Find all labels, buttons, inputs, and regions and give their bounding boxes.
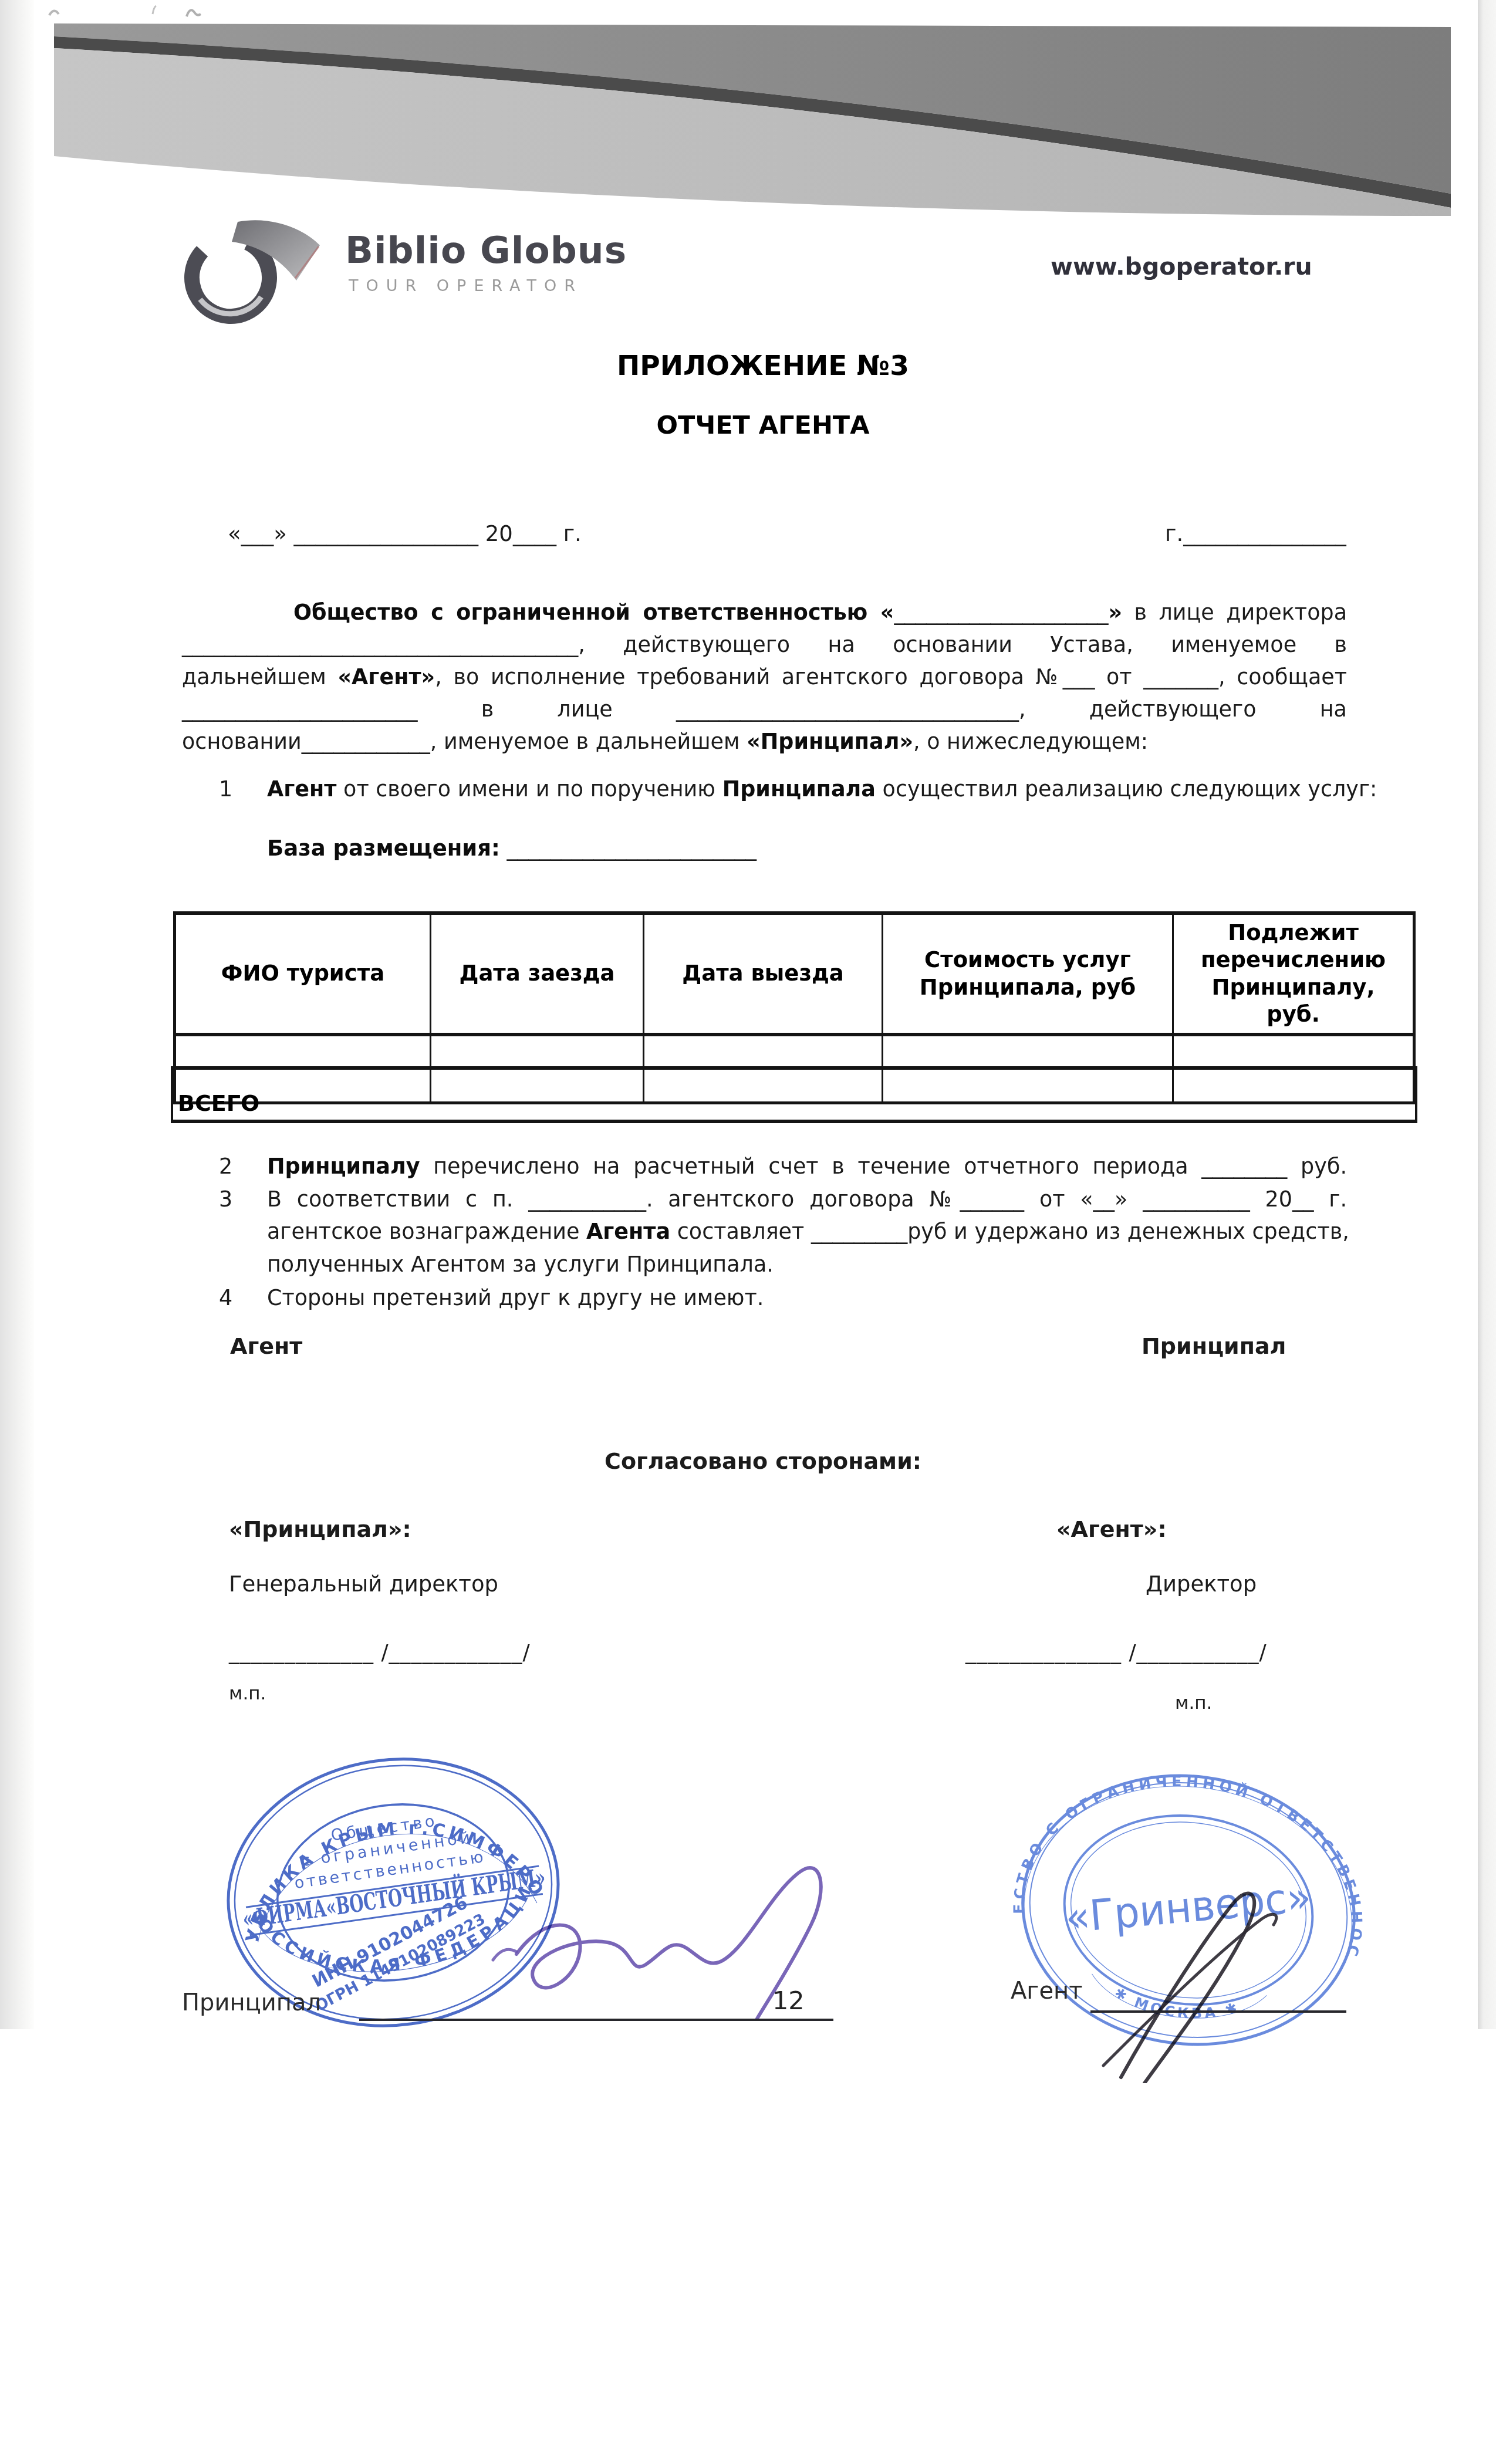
bottom-agent-line <box>1090 2010 1346 2013</box>
list-item-3-cont: полученных Агентом за услуги Принципала. <box>219 1248 1347 1281</box>
bottom-agent-label: Агент <box>1011 1978 1082 2005</box>
item-text: полученных Агентом за услуги Принципала. <box>267 1248 1347 1281</box>
item-text: Стороны претензий друг к другу не имеют. <box>267 1282 1347 1314</box>
table-cell <box>175 1035 431 1069</box>
item-number: 2 <box>219 1150 232 1183</box>
item-number: 1 <box>219 776 232 802</box>
text: агентское вознаграждение <box>267 1219 586 1244</box>
agent-block-title: «Агент»: <box>1056 1516 1167 1542</box>
item-number: 3 <box>219 1183 232 1216</box>
text: Стороны претензий друг к другу не имеют. <box>267 1285 764 1310</box>
bottom-principal-line <box>359 2019 833 2021</box>
text: дальнейшем <box>182 664 338 689</box>
scan-artifact-marks <box>47 2 223 22</box>
table-cell <box>644 1035 883 1069</box>
scan-left-edge <box>0 0 34 2029</box>
text: перечислено на расчетный счет в течение … <box>420 1154 1347 1179</box>
accommodation-base-field: База размещения: _______________________ <box>267 836 757 861</box>
text: , во исполнение требований агентского до… <box>435 664 1347 689</box>
principal-signature <box>481 1837 869 2030</box>
scan-right-edge <box>1478 0 1496 2029</box>
text: от своего имени и по поручению <box>336 776 722 802</box>
paragraph-line: Общество с ограниченной ответственностью… <box>182 596 1347 628</box>
agent-signature-line: ______________ /___________/ <box>965 1641 1267 1665</box>
principal-seal-mark: м.п. <box>229 1683 266 1704</box>
blank-field: ____________________ <box>894 600 1108 625</box>
list-item-2: 2 Принципалу перечислено на расчетный сч… <box>219 1150 1347 1183</box>
agent-position: Директор <box>1146 1571 1257 1597</box>
list-item-1: 1 Агент от своего имени и по поручению П… <box>219 776 1347 802</box>
preamble-paragraph: Общество с ограниченной ответственностью… <box>182 596 1347 758</box>
text: осуществил реализацию следующих услуг: <box>876 776 1377 802</box>
list-item-3: 3 В соответствии с п. ___________. агент… <box>219 1183 1347 1216</box>
text: составляет _________руб и удержано из де… <box>670 1219 1349 1244</box>
table-cell <box>1173 1035 1414 1069</box>
text: В соответствии с п. ___________. агентск… <box>267 1187 1347 1212</box>
bold-text: Агента <box>586 1219 670 1244</box>
table-cell <box>883 1035 1173 1069</box>
table-cell <box>431 1035 644 1069</box>
bold-text: Общество с ограниченной ответственностью… <box>293 600 894 625</box>
brand-tagline: TOUR OPERATOR <box>349 277 583 295</box>
numbered-list: 2 Принципалу перечислено на расчетный сч… <box>219 1150 1347 1314</box>
bold-text: Агент <box>267 776 336 802</box>
brand-name: Biblio Globus <box>345 229 627 272</box>
principal-position: Генеральный директор <box>229 1571 498 1597</box>
bold-text: Принципала <box>722 776 876 802</box>
col-header-checkin-date: Дата заезда <box>431 913 644 1035</box>
principal-heading: Принципал <box>1142 1333 1286 1359</box>
field-label: База размещения: <box>267 836 500 861</box>
text: в лице директора <box>1122 600 1347 625</box>
city-field: г._______________ <box>1165 521 1346 546</box>
date-field: «___» _________________ 20____ г. <box>228 521 582 546</box>
page-number: 12 <box>772 1986 805 2016</box>
text: _____________________________________, д… <box>182 632 1347 657</box>
item-text: агентское вознаграждение Агента составля… <box>267 1215 1347 1248</box>
principal-signature-line: _____________ /____________/ <box>229 1641 531 1665</box>
agent-heading: Агент <box>230 1333 302 1359</box>
col-header-due-to-principal: Подлежит перечислению Принципалу, руб. <box>1173 913 1414 1035</box>
item-text: В соответствии с п. ___________. агентск… <box>267 1183 1347 1216</box>
col-header-tourist-name: ФИО туриста <box>175 913 431 1035</box>
text: , о нижеследующем: <box>913 729 1148 754</box>
appendix-title: ПРИЛОЖЕНИЕ №3 <box>176 350 1350 382</box>
agent-seal-mark: м.п. <box>1175 1692 1212 1713</box>
text: ______________________ в лице __________… <box>182 697 1347 722</box>
agreed-by-parties-heading: Согласовано сторонами: <box>176 1448 1350 1474</box>
item-text: Принципалу перечислено на расчетный счет… <box>267 1150 1347 1183</box>
scanned-document-page: Biblio Globus TOUR OPERATOR www.bgoperat… <box>0 0 1496 2464</box>
col-header-checkout-date: Дата выезда <box>644 913 883 1035</box>
bottom-principal-label: Принципал <box>182 1989 321 2016</box>
total-label: ВСЕГО <box>178 1090 259 1116</box>
report-title: ОТЧЕТ АГЕНТА <box>176 411 1350 440</box>
bold-text: «Принципал» <box>747 729 913 754</box>
header-banner <box>54 21 1451 218</box>
blank-field: _______________________ <box>500 836 757 861</box>
item-text: Агент от своего имени и по поручению При… <box>267 776 1347 802</box>
principal-block-title: «Принципал»: <box>229 1516 411 1542</box>
text: полученных Агентом за услуги Принципала. <box>267 1252 774 1277</box>
paragraph-line: дальнейшем «Агент», во исполнение требов… <box>182 661 1347 693</box>
bold-text: Принципалу <box>267 1154 420 1179</box>
col-header-service-cost: Стоимость услуг Принципала, руб <box>883 913 1173 1035</box>
paragraph-line: _____________________________________, д… <box>182 628 1347 661</box>
table-row <box>175 1035 1414 1069</box>
paragraph-line: основании____________, именуемое в дальн… <box>182 725 1347 758</box>
bold-text: «Агент» <box>338 664 435 689</box>
list-item-4: 4 Стороны претензий друг к другу не имею… <box>219 1282 1347 1314</box>
text: основании____________, именуемое в дальн… <box>182 729 747 754</box>
table-total-row: ВСЕГО <box>171 1066 1417 1123</box>
table-header-row: ФИО туриста Дата заезда Дата выезда Стои… <box>175 913 1414 1035</box>
biblio-globus-logo-icon <box>172 217 336 329</box>
list-item-3-cont: агентское вознаграждение Агента составля… <box>219 1215 1347 1248</box>
paragraph-line: ______________________ в лице __________… <box>182 693 1347 725</box>
bold-text: » <box>1108 600 1122 625</box>
item-number: 4 <box>219 1282 232 1314</box>
agent-signature <box>1068 1848 1315 2083</box>
website-url: www.bgoperator.ru <box>1051 252 1285 280</box>
